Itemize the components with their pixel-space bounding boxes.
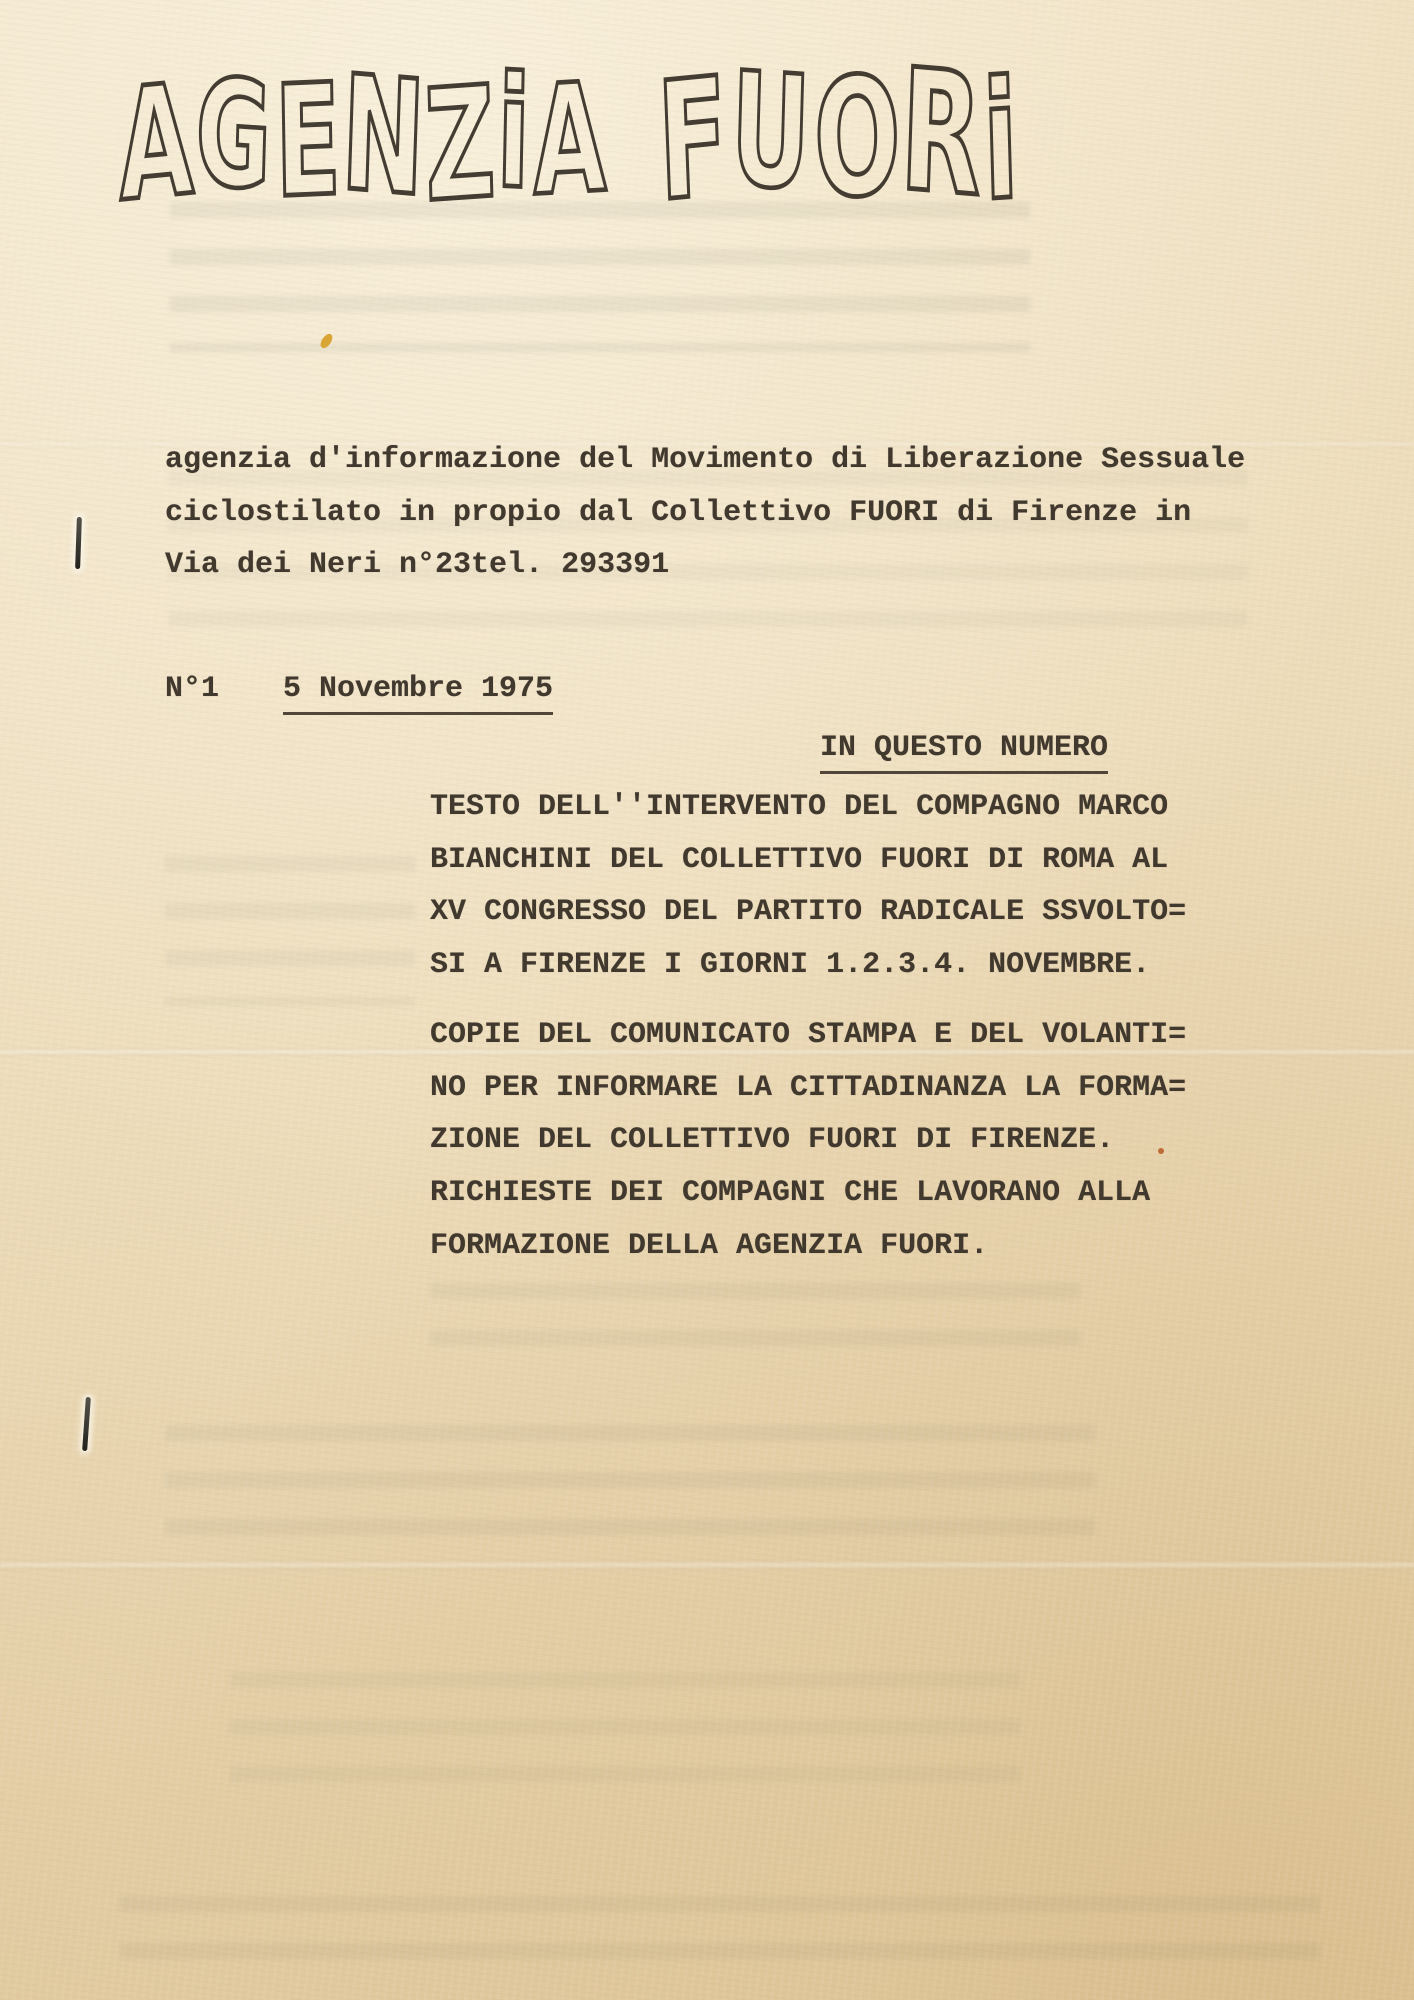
toc-item-line: SI A FIRENZE I GIORNI 1.2.3.4. NOVEMBRE. bbox=[430, 948, 1186, 1001]
issue-number: N°1 bbox=[165, 672, 219, 706]
bleedthrough-text bbox=[120, 1896, 1320, 1966]
toc-item-requests: RICHIESTE DEI COMPAGNI CHE LAVORANO ALLA… bbox=[430, 1176, 1150, 1281]
bleedthrough-text bbox=[230, 1672, 1020, 1782]
toc-heading: IN QUESTO NUMERO bbox=[820, 731, 1108, 774]
masthead-word-fuori: FUORi bbox=[658, 55, 1020, 218]
masthead-word-agenzia: AGENZiA bbox=[118, 61, 608, 215]
toc-item-line: BIANCHINI DEL COLLETTIVO FUORI DI ROMA A… bbox=[430, 843, 1186, 896]
fold-crease bbox=[0, 1560, 1414, 1570]
bleedthrough-text bbox=[165, 856, 415, 1006]
masthead-title: AGENZiAFUORi bbox=[118, 55, 1020, 218]
bleedthrough-text bbox=[165, 1425, 1095, 1543]
issue-line: N°15 Novembre 1975 bbox=[165, 672, 553, 715]
toc-item-line: NO PER INFORMARE LA CITTADINANZA LA FORM… bbox=[430, 1071, 1186, 1124]
toc-item-line: COPIE DEL COMUNICATO STAMPA E DEL VOLANT… bbox=[430, 1018, 1186, 1071]
imprint-paragraph: agenzia d'informazione del Movimento di … bbox=[165, 443, 1245, 601]
paper-speck bbox=[318, 332, 335, 350]
staple bbox=[82, 1397, 91, 1451]
toc-item-line: XV CONGRESSO DEL PARTITO RADICALE SSVOLT… bbox=[430, 895, 1186, 948]
imprint-line: Via dei Neri n°23tel. 293391 bbox=[165, 548, 1245, 601]
toc-item-line: ZIONE DEL COLLETTIVO FUORI DI FIRENZE. bbox=[430, 1123, 1186, 1176]
toc-heading-text: IN QUESTO NUMERO bbox=[820, 731, 1108, 774]
imprint-line: ciclostilato in propio dal Collettivo FU… bbox=[165, 496, 1245, 549]
bleedthrough-text bbox=[430, 1283, 1080, 1355]
scanned-page: AGENZiAFUORi agenzia d'informazione del … bbox=[0, 0, 1414, 2000]
toc-item-line: RICHIESTE DEI COMPAGNI CHE LAVORANO ALLA bbox=[430, 1176, 1150, 1229]
imprint-line: agenzia d'informazione del Movimento di … bbox=[165, 443, 1245, 496]
toc-item-line: FORMAZIONE DELLA AGENZIA FUORI. bbox=[430, 1229, 1150, 1282]
toc-item-congress-speech: TESTO DELL''INTERVENTO DEL COMPAGNO MARC… bbox=[430, 790, 1186, 1000]
toc-item-press-release: COPIE DEL COMUNICATO STAMPA E DEL VOLANT… bbox=[430, 1018, 1186, 1176]
toc-item-line: TESTO DELL''INTERVENTO DEL COMPAGNO MARC… bbox=[430, 790, 1186, 843]
staple bbox=[75, 517, 82, 569]
issue-date: 5 Novembre 1975 bbox=[283, 672, 553, 715]
